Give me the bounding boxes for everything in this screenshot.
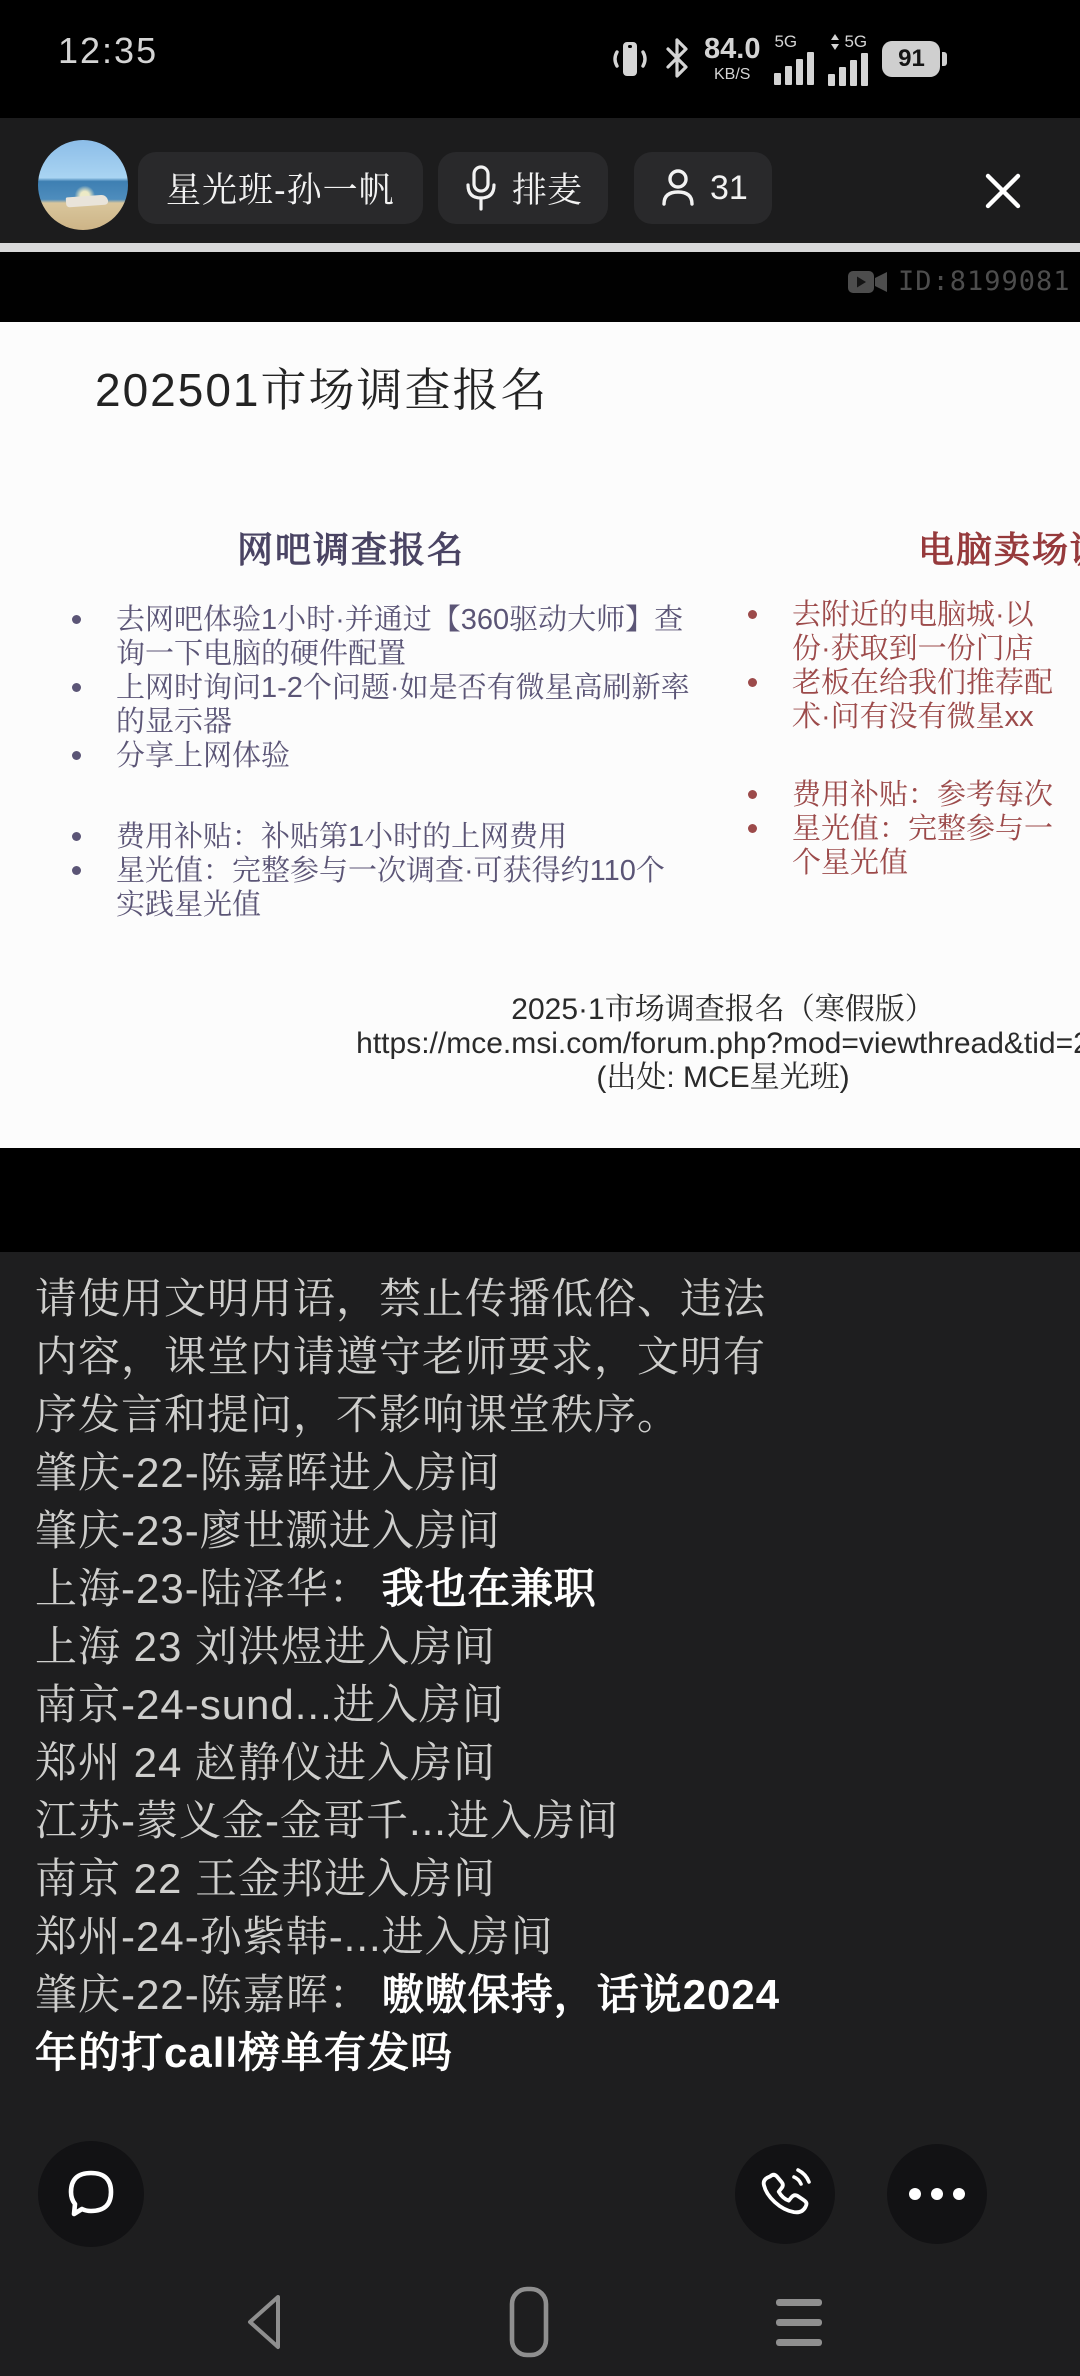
doc-footer-title: 2025·1市场调查报名（寒假版） (0, 993, 1080, 1027)
signal-bars-icon (828, 53, 868, 86)
more-options-button[interactable] (887, 2144, 987, 2244)
battery-level: 91 (898, 45, 925, 73)
chat-user-message: 年的打call榜单有发吗 (35, 2024, 1055, 2082)
chat-message-list: 请使用文明用语，禁止传播低俗、违法 内容，课堂内请遵守老师要求，文明有 序发言和… (35, 1270, 1055, 2082)
chat-notice: 请使用文明用语，禁止传播低俗、违法 (35, 1270, 1055, 1328)
nav-back-button[interactable] (230, 2286, 300, 2358)
android-nav-bar (0, 2268, 1080, 2376)
chat-join-message: 郑州-24-孙紫韩-...进入房间 (35, 1908, 1055, 1966)
network-speed: 84.0 KB/S (704, 35, 760, 83)
stream-id-band: ID:8199081 (0, 252, 1080, 322)
nav-recents-button[interactable] (764, 2286, 834, 2358)
microphone-icon (464, 164, 498, 212)
clock: 12:35 (58, 30, 158, 72)
bullet-item: 分享上网体验 (68, 739, 708, 773)
chat-notice: 序发言和提问，不影响课堂秩序。 (35, 1386, 1055, 1444)
chat-join-message: 上海 23 刘洪煜进入房间 (35, 1618, 1055, 1676)
shared-document: 202501市场调查报名 网吧调查报名 电脑卖场调 去网吧体验1小时·并通过【3… (0, 322, 1080, 1148)
video-camera-icon (848, 268, 888, 296)
slide-top-edge (0, 243, 1080, 252)
participants-button[interactable]: 31 (634, 152, 772, 224)
bullet-item: 星光值：完整参与一次调查·可获得约110个 实践星光值 (68, 854, 708, 922)
doc-footer: 2025·1市场调查报名（寒假版） https://mce.msi.com/fo… (0, 993, 1080, 1095)
bullet-item: 去网吧体验1小时·并通过【360驱动大师】查 询一下电脑的硬件配置 (68, 603, 708, 671)
chat-join-message: 南京-24-sund...进入房间 (35, 1676, 1055, 1734)
vibrate-icon (610, 36, 650, 82)
left-section-heading: 网吧调查报名 (237, 522, 465, 573)
ellipsis-icon (909, 2188, 965, 2200)
room-name-pill[interactable]: 星光班-孙一帆 (138, 152, 423, 224)
close-button[interactable] (972, 160, 1034, 222)
chat-area: 请使用文明用语，禁止传播低俗、违法 内容，课堂内请遵守老师要求，文明有 序发言和… (0, 1252, 1080, 2376)
call-button[interactable] (735, 2144, 835, 2244)
chat-join-message: 江苏-蒙义金-金哥千...进入房间 (35, 1792, 1055, 1850)
right-bullet-list: 去附近的电脑城·以 份·获取到一份门店 老板在给我们推荐配 术·问有没有微星xx… (744, 598, 1080, 880)
call-header: 星光班-孙一帆 排麦 31 (0, 118, 1080, 243)
boat-decoration (66, 195, 109, 208)
bullet-item: 去附近的电脑城·以 份·获取到一份门店 (744, 598, 1080, 666)
chat-user-message: 肇庆-22-陈嘉晖：嗷嗷保持，话说2024 (35, 1966, 1055, 2024)
sim2-signal: 5G (828, 33, 868, 86)
mic-button-label: 排麦 (512, 163, 582, 213)
chat-user-message: 上海-23-陆泽华：我也在兼职 (35, 1560, 1055, 1618)
right-section-heading: 电脑卖场调 (918, 522, 1080, 573)
speech-bubble-icon (62, 2165, 120, 2223)
left-bullet-list: 去网吧体验1小时·并通过【360驱动大师】查 询一下电脑的硬件配置 上网时询问1… (68, 603, 708, 922)
sim1-signal: 5G (774, 33, 814, 85)
bullet-item: 费用补贴：补贴第1小时的上网费用 (68, 820, 708, 854)
letterbox-band (0, 1148, 1080, 1252)
doc-footer-url: https://mce.msi.com/forum.php?mod=viewth… (0, 1027, 1080, 1061)
avatar[interactable] (38, 140, 128, 230)
doc-footer-source: (出处: MCE星光班) (0, 1061, 1080, 1095)
bullet-item: 费用补贴：参考每次 (744, 778, 1080, 812)
status-bar: 12:35 84.0 KB/S 5G (0, 0, 1080, 118)
bluetooth-icon (664, 36, 690, 82)
chat-join-message: 肇庆-23-廖世灏进入房间 (35, 1502, 1055, 1560)
room-name: 星光班-孙一帆 (166, 163, 395, 213)
close-icon (980, 168, 1026, 214)
phone-icon (758, 2167, 812, 2221)
battery-icon: 91 (882, 41, 947, 77)
back-triangle-icon (240, 2289, 290, 2355)
home-pill-icon (506, 2285, 552, 2359)
doc-title: 202501市场调查报名 (95, 354, 549, 420)
signal-bars-icon (774, 52, 814, 85)
recents-lines-icon (776, 2299, 822, 2346)
bullet-item: 老板在给我们推荐配 术·问有没有微星xx (744, 666, 1080, 734)
raise-mic-button[interactable]: 排麦 (438, 152, 608, 224)
chat-join-message: 南京 22 王金邦进入房间 (35, 1850, 1055, 1908)
bullet-item: 星光值：完整参与一 个星光值 (744, 812, 1080, 880)
stream-id: ID:8199081 (898, 266, 1071, 297)
nav-home-button[interactable] (494, 2286, 564, 2358)
chat-button[interactable] (38, 2141, 144, 2247)
stream-watermark: ID:8199081 (848, 266, 1071, 297)
chat-join-message: 郑州 24 赵静仪进入房间 (35, 1734, 1055, 1792)
updown-arrows-icon (828, 33, 842, 51)
person-icon (658, 166, 698, 210)
participant-count: 31 (710, 169, 748, 208)
chat-notice: 内容，课堂内请遵守老师要求，文明有 (35, 1328, 1055, 1386)
bullet-item: 上网时询问1-2个问题·如是否有微星高刷新率 的显示器 (68, 671, 708, 739)
chat-join-message: 肇庆-22-陈嘉晖进入房间 (35, 1444, 1055, 1502)
